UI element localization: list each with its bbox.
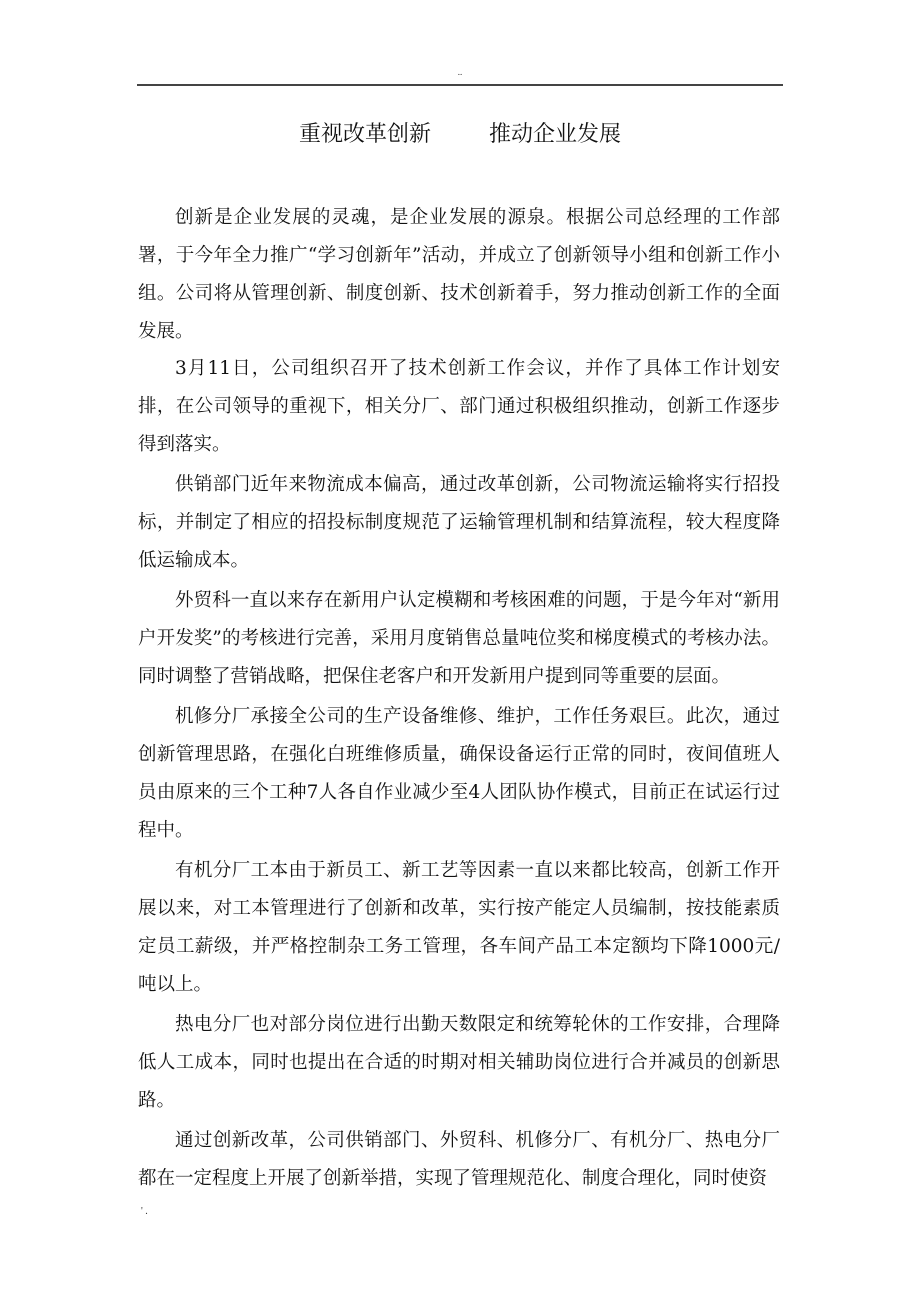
paragraph-maintenance-plant: 机修分厂承接全公司的生产设备维修、维护，工作任务艰巨。此次，通过创新管理思路，在… [138,698,780,850]
paragraph-summary: 通过创新改革，公司供销部门、外贸科、机修分厂、有机分厂、热电分厂都在一定程度上开… [138,1122,780,1198]
paragraph-tech-meeting: 3月11日，公司组织召开了技术创新工作会议，并作了具体工作计划安排，在公司领导的… [138,350,780,464]
title-part-1: 重视改革创新 [299,122,431,147]
title-part-2: 推动企业发展 [489,122,621,147]
header-mark: .. [137,66,783,78]
paragraph-organic-plant: 有机分厂工本由于新员工、新工艺等因素一直以来都比较高，创新工作开展以来，对工本管… [138,852,780,1004]
page-footer-mark: ' . [141,1206,148,1218]
document-title: 重视改革创新推动企业发展 [137,120,783,150]
paragraph-supply-sales: 供销部门近年来物流成本偏高，通过改革创新，公司物流运输将实行招投标，并制定了相应… [138,466,780,580]
paragraph-foreign-trade: 外贸科一直以来存在新用户认定模糊和考核困难的问题，于是今年对“新用户开发奖”的考… [138,582,780,696]
paragraph-intro: 创新是企业发展的灵魂，是企业发展的源泉。根据公司总经理的工作部署，于今年全力推广… [138,199,780,351]
page-header: .. [137,66,783,86]
main-section: 3月11日，公司组织召开了技术创新工作会议，并作了具体工作计划安排，在公司领导的… [138,350,780,1200]
intro-section: 创新是企业发展的灵魂，是企业发展的源泉。根据公司总经理的工作部署，于今年全力推广… [138,199,780,351]
paragraph-thermal-plant: 热电分厂也对部分岗位进行出勤天数限定和统筹轮休的工作安排，合理降低人工成本，同时… [138,1006,780,1120]
